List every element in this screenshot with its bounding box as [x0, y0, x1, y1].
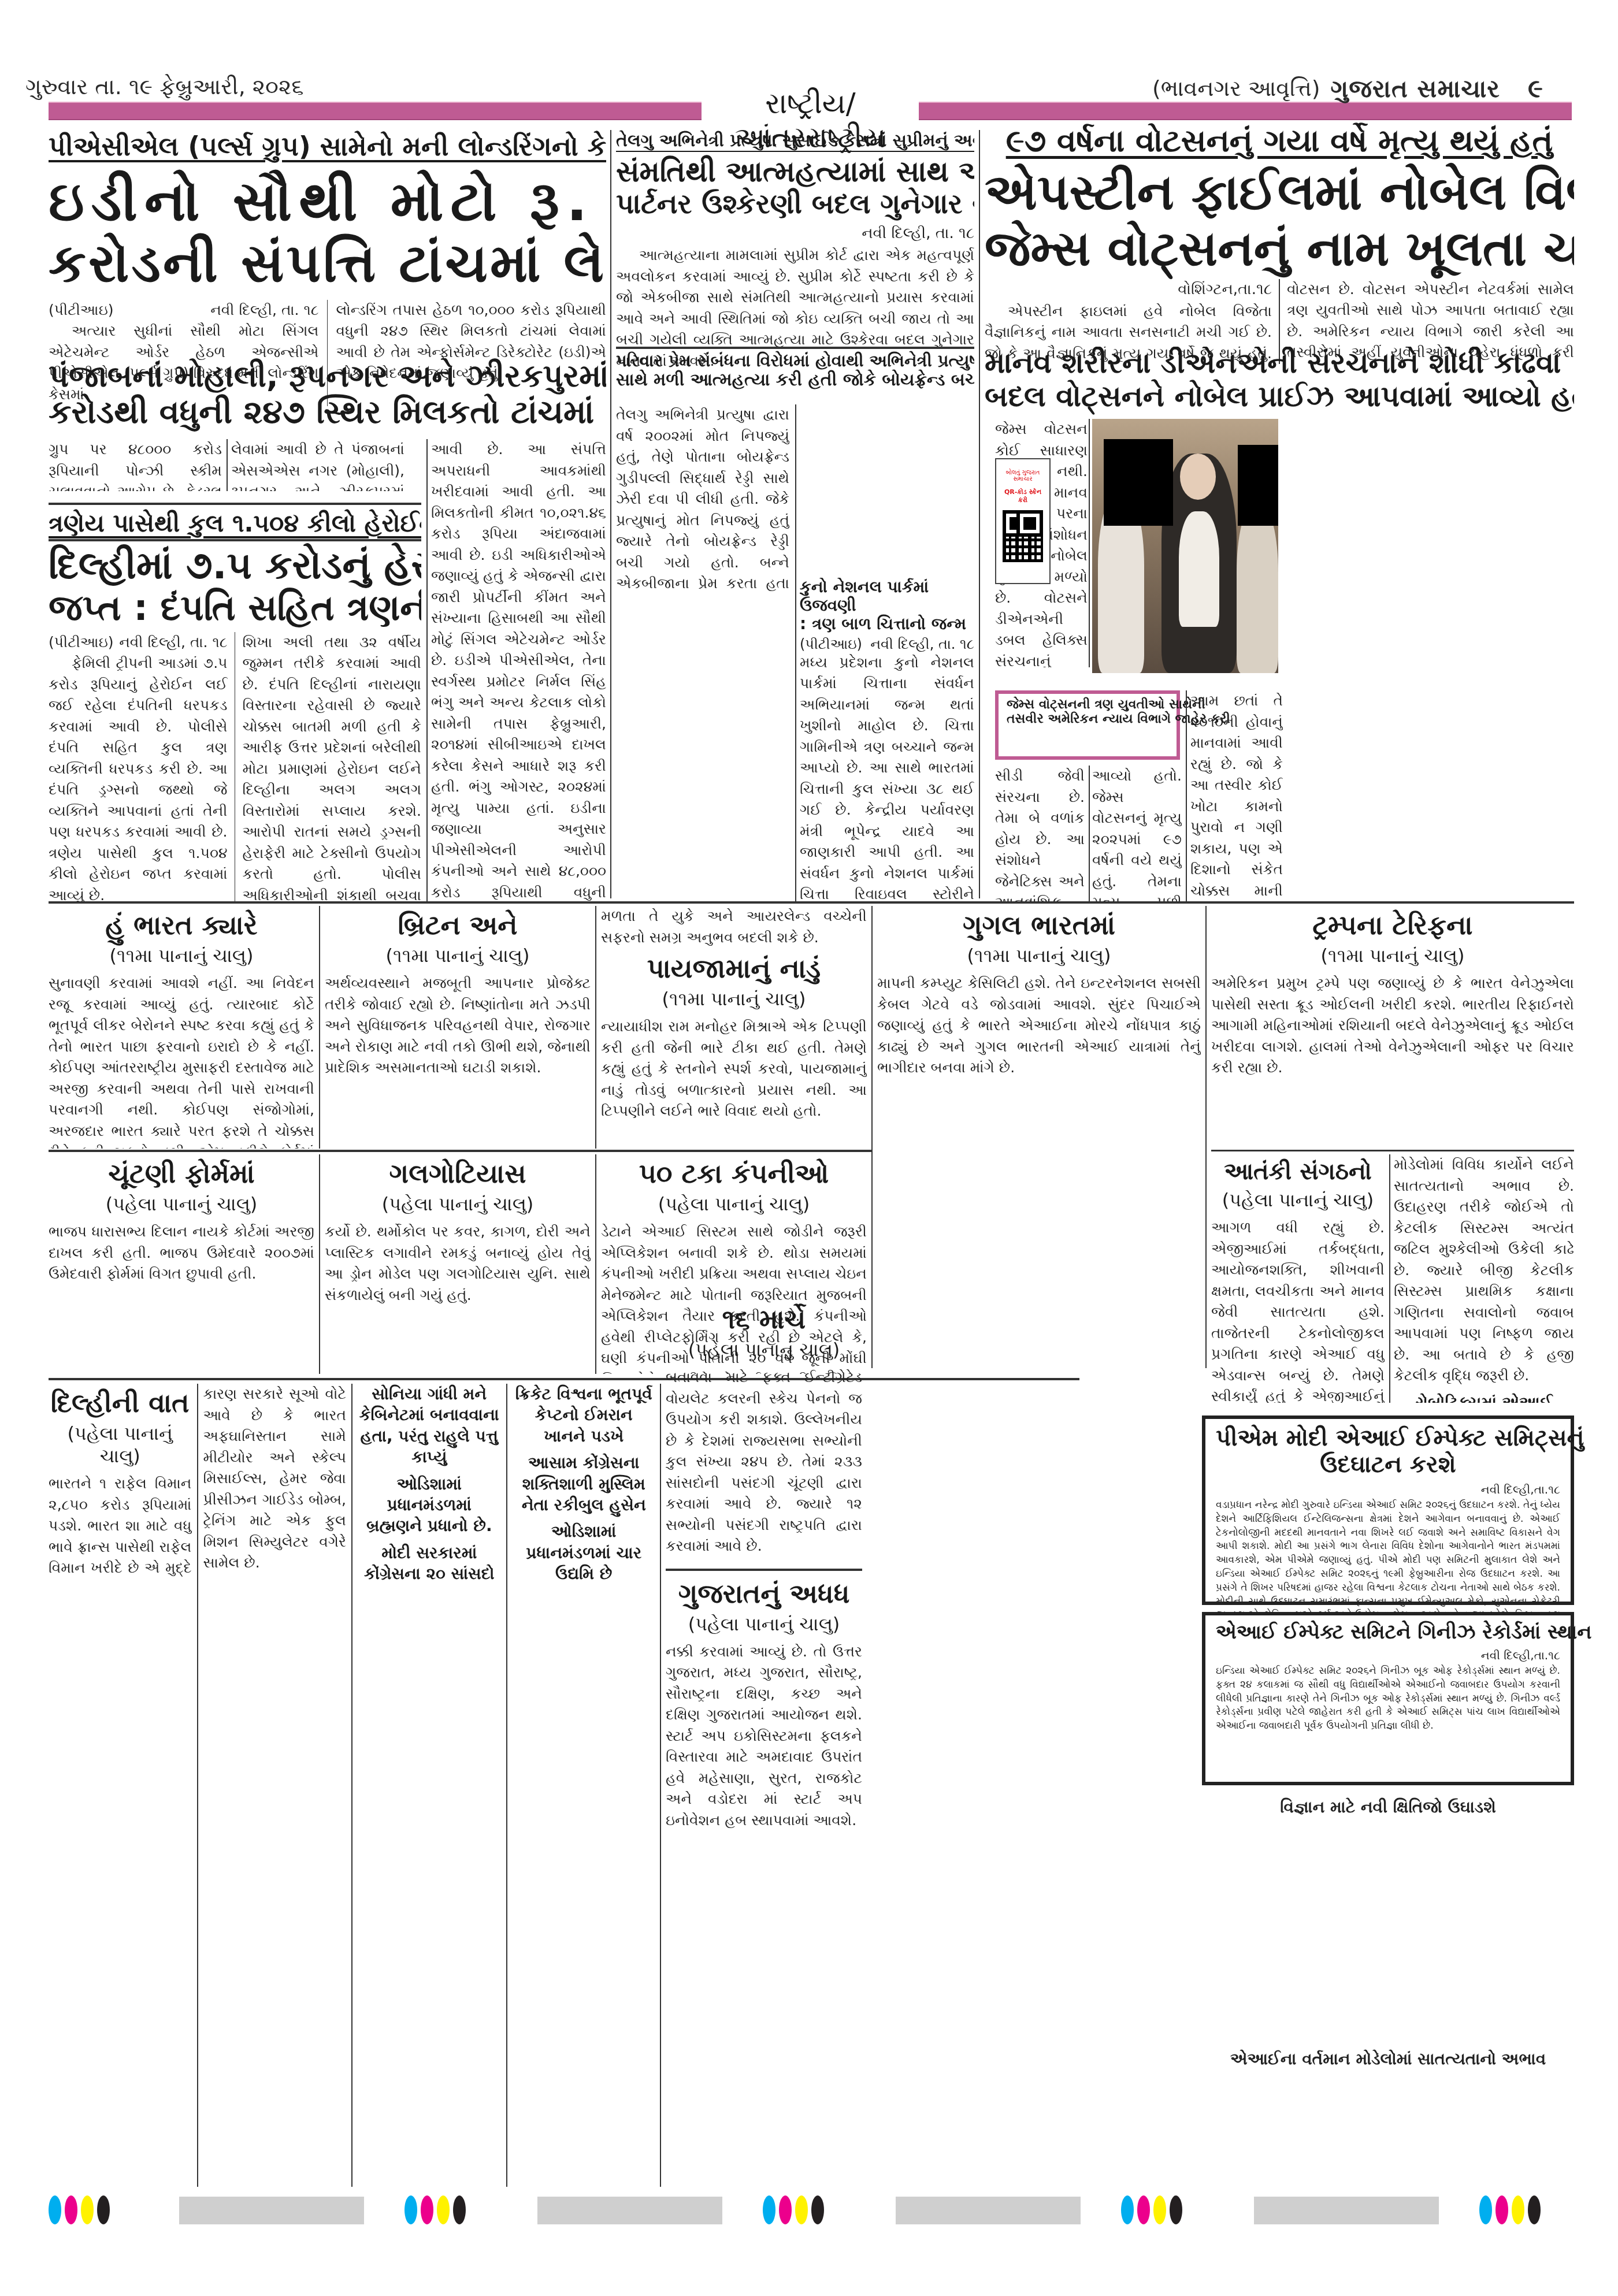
- cmyk-marks: [763, 2195, 824, 2224]
- story-headline-line1: એપસ્ટીન ફાઈલમાં નોબેલ વિજેતા: [985, 164, 1574, 221]
- pacl-subhead: પંજાબનાં મોહાલી, રૂપનગર અને ઝીરકપુરમાં ર…: [49, 358, 606, 433]
- face-redaction: [1104, 439, 1173, 526]
- story-kicker: પીએસીએલ (પર્લ્સ ગ્રુપ) સામેનો મની લોન્ડર…: [49, 130, 606, 164]
- face-redaction: [1238, 445, 1278, 526]
- story-kicker: ૯૭ વર્ષના વોટસનનું ગયા વર્ષે મૃત્યુ થયું…: [985, 121, 1574, 161]
- cmyk-marks: [404, 2195, 466, 2224]
- newspaper-brand: ગુજરાત સમાચાર: [1331, 75, 1500, 103]
- watson-photo-box-headline: જેમ્સ વોટ્સનની ત્રણ યુવતીઓ સાથેની તસવીર …: [995, 690, 1180, 760]
- story-headline-line1: સંમતિથી આત્મહત્યામાં સાથ આપનાર: [616, 155, 974, 189]
- print-registration-marks: [0, 2195, 1618, 2230]
- story-dateline: નવી દિલ્હી, તા. ૧૮: [210, 300, 318, 321]
- story-dateline: નવી દિલ્હી, તા. ૧૮: [119, 632, 227, 653]
- continuation-payjama: મળતા તે યુકે અને આયરલેન્ડ વચ્ચેની સફરનો …: [601, 906, 867, 1149]
- story-kicker: તેલગુ અભિનેત્રી પ્રત્યુષા સુસાઈડ કેસમાં …: [616, 130, 974, 152]
- continuation-ai-foundation: મોડેલોમાં વિવિધ કાર્યોને લઈને સાતત્યતાનો…: [1394, 1154, 1574, 1403]
- epstein-box-col2: આવ્યો હતો. જેમ્સ વોટસનનું મૃત્યુ ૨૦૨૫માં…: [1092, 766, 1182, 901]
- continuation-terror-groups: આતંકી સંગઠનો (પહેલા પાનાનું ચાલુ) આગળ વધ…: [1211, 1154, 1385, 1403]
- continuation-16-march: ૧૬ માર્ચે (પહેલા પાનાનું ચાલુ) બતાવવા મા…: [666, 1300, 862, 2187]
- story-source: (પીટીઆઇ): [49, 300, 113, 321]
- story-headline-line1: ઇડીનો સૌથી મોટો રૂ. ૧૦ હજાર: [49, 169, 606, 233]
- story-dateline: વોશિંગ્ટન,તા.૧૮: [985, 279, 1272, 301]
- story-headline-line2: પાર્ટનર ઉશ્કેરણી બદલ ગુનેગાર ગણાય: [616, 188, 974, 220]
- continuation-trump-tariff: ટ્રમ્પના ટેરિફના (૧૧મા પાનાનું ચાલુ) અમે…: [1211, 906, 1574, 1149]
- story-headline-line2: કરોડની સંપત્તિ ટાંચમાં લેવાનો આદેશ: [49, 233, 606, 294]
- guinness-box: એઆઈ ઈમ્પેક્ટ સમિટને ગિનીઝ રેકોર્ડમાં સ્થ…: [1202, 1612, 1574, 1785]
- story-cuno: કુનો નેશનલ પાર્કમાં ઉજવણી : ત્રણ બાળ ચિત…: [800, 578, 974, 901]
- masthead-bar-left: [49, 102, 702, 120]
- story-headline-line2: જેમ્સ વોટ્સનનું નામ ખૂલતા ચકચાર: [985, 221, 1574, 277]
- page-number: ૯: [1528, 74, 1543, 103]
- continuation-google: ગુગલ ભારતમાં (૧૧મા પાનાનું ચાલુ) માપની ક…: [877, 906, 1201, 1149]
- story-headline-line1: દિલ્હીમાં ૭.૫ કરોડનું હેરોઇન: [49, 539, 421, 588]
- subhead-line1: પંજાબનાં મોહાલી, રૂપનગર અને ઝીરકપુરમાં ર…: [49, 358, 606, 394]
- cmyk-marks: [1121, 2195, 1182, 2224]
- masthead-bar-right: [919, 102, 1572, 120]
- epstein-box-col3: આમ છતાં તે ૨૦૧૦ની હોવાનું માનવામાં આવી ર…: [1190, 690, 1283, 901]
- edition-label: (ભાવનગર આવૃત્તિ): [1152, 76, 1320, 102]
- qr-box[interactable]: બોલતું ગુજરાત સમાચાર QR-કોડ સ્કેન કરો: [995, 458, 1051, 584]
- pacl-col3: આવી છે. આ સંપત્તિ અપરાધની આવકમાંથી ખરીદવ…: [431, 439, 606, 901]
- continuation-delhi-ni-vaat: દિલ્હીની વાત (પહેલા પાનાનું ચાલુ) ભારતને…: [49, 1384, 655, 2187]
- epstein-box-col1: સીડી જેવી સંરચના છે. તેમા બે વળાંક હોય છ…: [995, 766, 1085, 901]
- issue-date: ગુરુવાર તા. ૧૯ ફેબ્રુઆરી, ૨૦૨૬: [25, 74, 304, 100]
- masthead-right: (ભાવનગર આવૃત્તિ) ગુજરાત સમાચાર ૯: [1152, 74, 1543, 103]
- story-heroin: ત્રણેય પાસેથી કુલ ૧.૫૦૪ કીલો હેરોઈન જપ્ત…: [49, 508, 421, 901]
- masthead: ગુરુવાર તા. ૧૯ ફેબ્રુઆરી, ૨૦૨૬ રાષ્ટ્રીય…: [0, 0, 1618, 127]
- continuation-election-form: ચૂંટણી ફોર્મમાં (પહેલા પાનાનું ચાલુ) ભાજ…: [49, 1154, 314, 1374]
- heroin-col2: શિખા અલી તથા ૩૨ વર્ષીય જુમ્મન તરીકે કરવા…: [242, 632, 421, 901]
- suicide-body: તેલગુ અભિનેત્રી પ્રત્યુષા દ્વારા વર્ષ ૨૦…: [616, 404, 789, 595]
- story-headline-line2: જપ્ત : દંપતિ સહિત ત્રણની ધરપકડ: [49, 587, 421, 628]
- gray-bar: [179, 2197, 364, 2224]
- qr-instruction: QR-કોડ સ્કેન કરો: [1002, 488, 1044, 504]
- gray-bar: [1254, 2197, 1439, 2224]
- gray-bar: [896, 2197, 1081, 2224]
- story-epstein: ૯૭ વર્ષના વોટસનનું ગયા વર્ષે મૃત્યુ થયું…: [985, 121, 1574, 364]
- qr-code-icon[interactable]: [1003, 510, 1043, 562]
- pm-modi-box: પીએમ મોદી એઆઈ ઈમ્પેક્ટ સમિટ્સનું ઉદઘાટન …: [1202, 1416, 1574, 1605]
- guinness-continued: વિજ્ઞાન માટે નવી ક્ષિતિજો ઉઘાડશે એઆઈના વ…: [1202, 1791, 1574, 2184]
- gray-bar: [537, 2197, 722, 2224]
- continuation-galgotias: ગલગોટિયાસ (પહેલા પાનાનું ચાલુ) કર્યો છે.…: [325, 1154, 591, 1374]
- pacl-col2: લેવામાં આવી છે તે પંજાબનાં એસએએસ નગર (મો…: [231, 439, 404, 491]
- story-kicker: ત્રણેય પાસેથી કુલ ૧.૫૦૪ કીલો હેરોઈન જપ્ત: [49, 508, 421, 539]
- story-dateline: નવી દિલ્હી, તા. ૧૮: [616, 225, 974, 243]
- pacl-col1: ગ્રુપ પર ૪૮૦૦૦ કરોડ રૂપિયાની પોન્ઝી સ્કી…: [49, 439, 222, 491]
- story-source: (પીટીઆઇ): [49, 632, 113, 653]
- qr-title: બોલતું ગુજરાત સમાચાર: [1002, 470, 1044, 482]
- continuation-bharat: હું ભારત ક્યારે (૧૧મા પાનાનું ચાલુ) સુના…: [49, 906, 314, 1149]
- continuation-britain: બ્રિટન અને (૧૧મા પાનાનું ચાલુ) અર્થવ્યવસ…: [325, 906, 591, 1149]
- cmyk-marks: [49, 2195, 110, 2224]
- watson-photo: [1092, 419, 1278, 673]
- suicide-subhead: પરિવાર પ્રેમ સંબંધના વિરોધમાં હોવાથી અભિ…: [616, 347, 974, 404]
- heroin-col1: (પીટીઆઇ) નવી દિલ્હી, તા. ૧૮ ફેમિલી ટ્રીપ…: [49, 632, 228, 901]
- subhead-line2: કરોડથી વધુની ૨૪૭ સ્થિર મિલકતો ટાંચમાં લે…: [49, 394, 606, 431]
- cmyk-marks: [1479, 2195, 1541, 2224]
- epstein-subhead: માનવ શરીરના ડીએનએની સંરચનાને શોધી કાઢવા …: [985, 347, 1574, 416]
